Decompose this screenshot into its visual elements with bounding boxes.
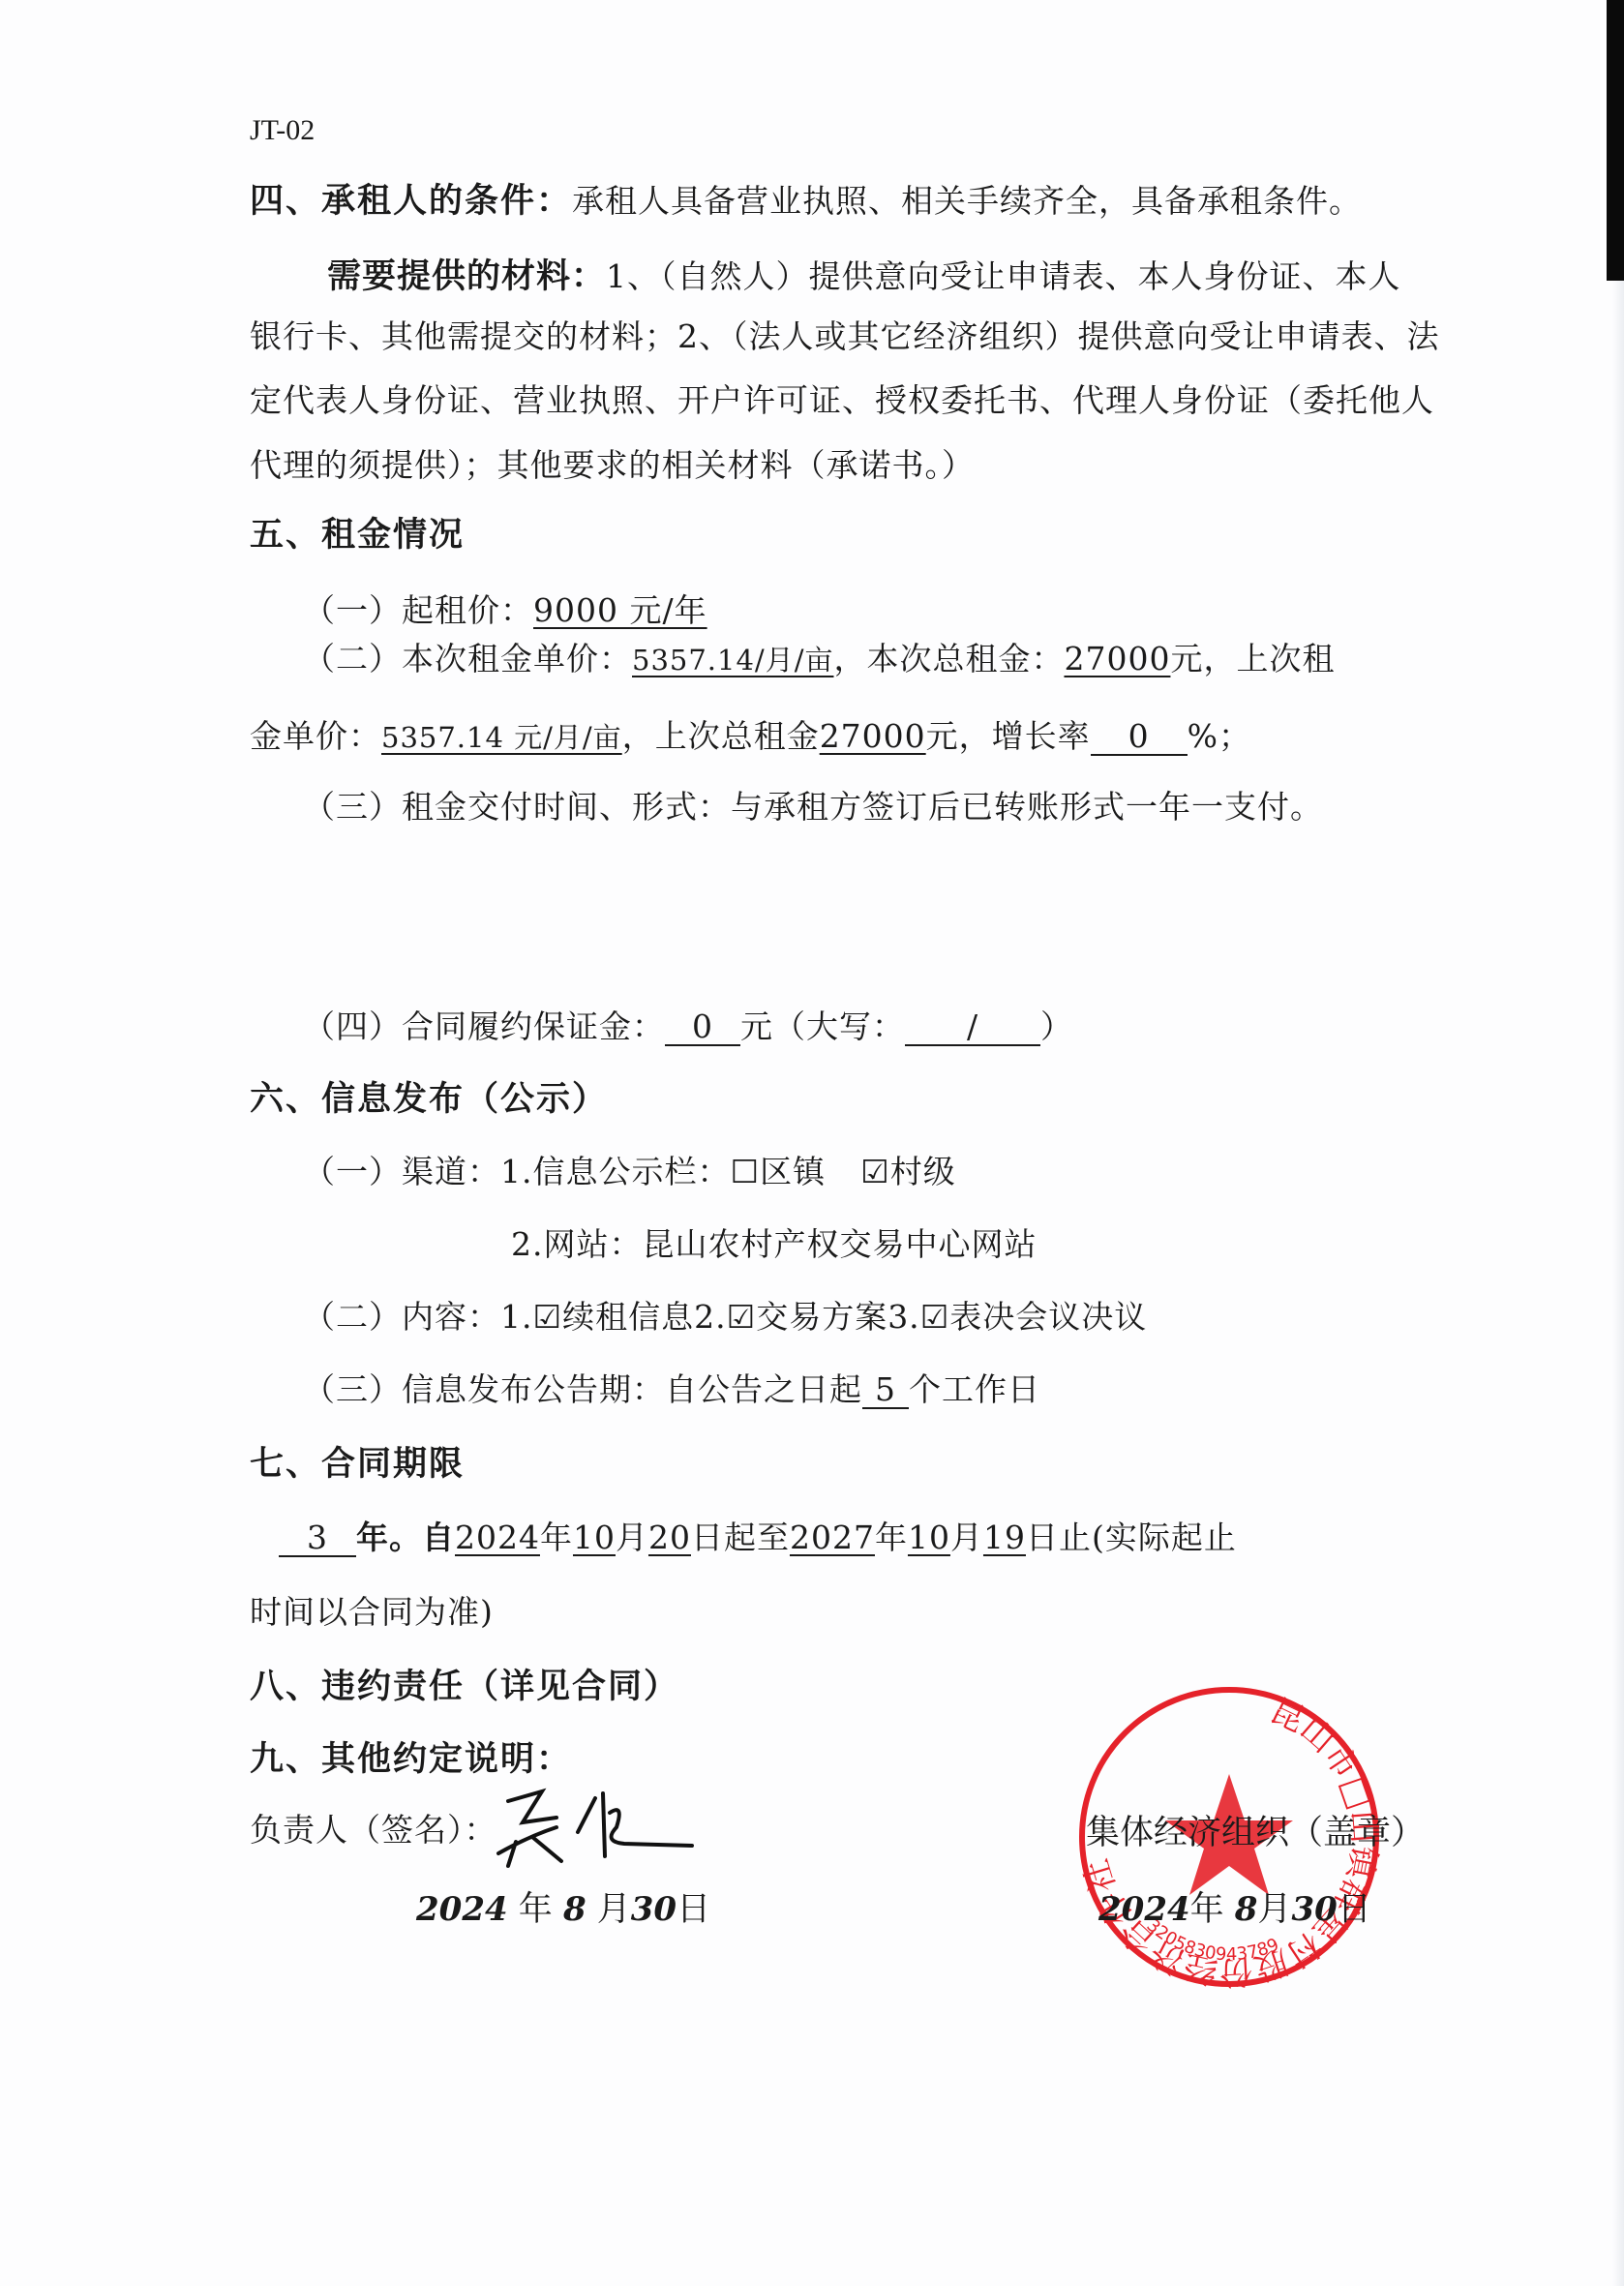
previous-price-line: 金单价：5357.14 元/月/亩，上次总租金27000元，增长率0%； bbox=[250, 711, 1251, 757]
content-prefix-3: 3. bbox=[887, 1298, 920, 1336]
previous-total-rent: 27000 bbox=[820, 717, 926, 755]
year-char: 年 bbox=[1190, 1890, 1224, 1929]
announcement-period-label: （三）信息发布公告期：自公告之日起 bbox=[303, 1370, 862, 1408]
from-to-label: 日起至 bbox=[691, 1519, 790, 1556]
content-renewal-info: 续租信息 bbox=[562, 1298, 694, 1336]
org-date-month: 8 bbox=[1235, 1890, 1258, 1929]
content-prefix-1: 1. bbox=[500, 1298, 533, 1336]
content-prefix-2: 2. bbox=[694, 1298, 727, 1336]
org-date-year: 2024 bbox=[1098, 1890, 1190, 1929]
start-month: 10 bbox=[573, 1519, 616, 1556]
unit-price-line: （二）本次租金单价：5357.14/月/亩，本次总租金：27000元，上次租 bbox=[303, 634, 1335, 679]
section4-heading: 四、承租人的条件： bbox=[250, 182, 572, 221]
total-rent-label: ，本次总租金： bbox=[833, 640, 1064, 677]
website-line: 2.网站：昆山农村产权交易中心网站 bbox=[511, 1219, 1038, 1265]
collective-org-date: 2024年 8月30日 bbox=[1098, 1882, 1371, 1931]
unit-price-label: （二）本次租金单价： bbox=[303, 640, 632, 677]
content-line: （二）内容：1.☑续租信息2.☑交易方案3.☑表决会议决议 bbox=[303, 1292, 1147, 1338]
growth-rate-label: 元，增长率 bbox=[926, 717, 1091, 755]
deposit-capital: / bbox=[905, 1010, 1040, 1046]
starting-rent-line: （一）起租价：9000 元/年 bbox=[303, 586, 707, 631]
channel-line: （一）渠道：1.信息公示栏：☐区镇☑村级 bbox=[303, 1147, 956, 1192]
responsible-date-year: 2024 bbox=[416, 1890, 508, 1929]
start-year: 2024 bbox=[455, 1519, 540, 1556]
content-label: （二）内容： bbox=[303, 1298, 500, 1336]
term-years-unit: 年。自 bbox=[356, 1519, 455, 1556]
materials-text-1: 1、（自然人）提供意向受让申请表、本人身份证、本人 bbox=[606, 257, 1401, 295]
month-char: 月 bbox=[950, 1519, 983, 1556]
starting-rent-label: （一）起租价： bbox=[303, 591, 533, 629]
section8-heading: 八、违约责任（详见合同） bbox=[250, 1660, 679, 1708]
deposit-amount: 0 bbox=[665, 1010, 740, 1046]
content-meeting-resolution: 表决会议决议 bbox=[949, 1298, 1147, 1336]
announcement-days: 5 bbox=[862, 1373, 909, 1409]
year-char: 年 bbox=[540, 1519, 573, 1556]
deposit-label: （四）合同履约保证金： bbox=[303, 1008, 665, 1045]
start-day: 20 bbox=[648, 1519, 691, 1556]
materials-line-4: 代理的须提供）；其他要求的相关材料（承诺书。） bbox=[250, 440, 975, 486]
section7-heading: 七、合同期限 bbox=[250, 1437, 465, 1486]
contract-term-line: 3年。自2024年10月20日起至2027年10月19日止(实际起止 bbox=[279, 1513, 1237, 1558]
option-district-town: 区镇 bbox=[760, 1153, 826, 1190]
previous-unit-price: 5357.14 元/月/亩 bbox=[381, 721, 622, 754]
scan-edge-gradient bbox=[1612, 281, 1624, 2286]
responsible-date-month: 8 bbox=[563, 1890, 586, 1929]
deposit-close: ） bbox=[1040, 1008, 1073, 1045]
month-char: 月 bbox=[597, 1890, 631, 1929]
materials-line-1: 需要提供的材料：1、（自然人）提供意向受让申请表、本人身份证、本人 bbox=[327, 250, 1401, 298]
growth-rate-value: 0 bbox=[1091, 720, 1188, 756]
percent-sign: %； bbox=[1188, 717, 1251, 755]
materials-line-3: 定代表人身份证、营业执照、开户许可证、授权委托书、代理人身份证（委托他人 bbox=[250, 376, 1434, 421]
section4-text: 承租人具备营业执照、相关手续齐全，具备承租条件。 bbox=[572, 182, 1362, 220]
scan-edge-shadow bbox=[1607, 0, 1624, 281]
payment-method-line: （三）租金交付时间、形式：与承租方签订后已转账形式一年一支付。 bbox=[303, 782, 1323, 827]
day-char: 日 bbox=[1338, 1890, 1371, 1929]
checkbox-renewal-info[interactable]: ☑ bbox=[533, 1298, 563, 1336]
end-year: 2027 bbox=[790, 1519, 875, 1556]
section9-heading: 九、其他约定说明： bbox=[250, 1732, 572, 1781]
org-date-day: 30 bbox=[1291, 1890, 1337, 1929]
responsible-person-label: 负责人（签名）： bbox=[250, 1805, 497, 1850]
section4-line: 四、承租人的条件：承租人具备营业执照、相关手续齐全，具备承租条件。 bbox=[250, 174, 1362, 223]
checkbox-trading-plan[interactable]: ☑ bbox=[727, 1298, 757, 1336]
day-char: 日 bbox=[677, 1890, 710, 1929]
current-unit-price: 5357.14/月/亩 bbox=[632, 644, 833, 677]
materials-label: 需要提供的材料： bbox=[327, 257, 606, 296]
deposit-unit: 元（大写： bbox=[740, 1008, 905, 1045]
year-char: 年 bbox=[875, 1519, 908, 1556]
collective-org-seal-label: 集体经济组织（盖章） bbox=[1086, 1806, 1425, 1854]
term-years: 3 bbox=[279, 1521, 356, 1557]
month-char: 月 bbox=[1257, 1890, 1291, 1929]
contract-term-line-2: 时间以合同为准) bbox=[250, 1587, 494, 1633]
current-total-rent: 27000 bbox=[1064, 640, 1170, 677]
end-month: 10 bbox=[908, 1519, 950, 1556]
section5-heading: 五、租金情况 bbox=[250, 508, 465, 556]
previous-label: 元，上次租 bbox=[1170, 640, 1335, 677]
responsible-date: 2024 年 8 月30日 bbox=[416, 1882, 710, 1931]
option-village-level: 村级 bbox=[890, 1153, 956, 1190]
checkbox-meeting-resolution[interactable]: ☑ bbox=[920, 1298, 950, 1336]
checkbox-district-town[interactable]: ☐ bbox=[731, 1153, 761, 1190]
month-char: 月 bbox=[616, 1519, 648, 1556]
responsible-date-day: 30 bbox=[631, 1890, 677, 1929]
content-trading-plan: 交易方案 bbox=[756, 1298, 887, 1336]
previous-total-label: ，上次总租金 bbox=[622, 717, 820, 755]
previous-unit-price-label: 金单价： bbox=[250, 717, 381, 755]
channel-label: （一）渠道：1.信息公示栏： bbox=[303, 1153, 731, 1190]
handwritten-signature bbox=[489, 1784, 702, 1876]
term-suffix: 日止(实际起止 bbox=[1026, 1519, 1237, 1556]
section6-heading: 六、信息发布（公示） bbox=[250, 1072, 608, 1121]
announcement-period-line: （三）信息发布公告期：自公告之日起5个工作日 bbox=[303, 1365, 1040, 1410]
end-day: 19 bbox=[983, 1519, 1026, 1556]
checkbox-village-level[interactable]: ☑ bbox=[860, 1153, 890, 1190]
year-char: 年 bbox=[519, 1890, 553, 1929]
announcement-unit: 个工作日 bbox=[909, 1370, 1040, 1408]
starting-rent-value: 9000 元/年 bbox=[533, 591, 707, 629]
deposit-line: （四）合同履约保证金：0元（大写：/） bbox=[303, 1002, 1073, 1047]
document-code: JT-02 bbox=[250, 114, 315, 147]
materials-line-2: 银行卡、其他需提交的材料；2、（法人或其它经济组织）提供意向受让申请表、法 bbox=[250, 312, 1440, 357]
